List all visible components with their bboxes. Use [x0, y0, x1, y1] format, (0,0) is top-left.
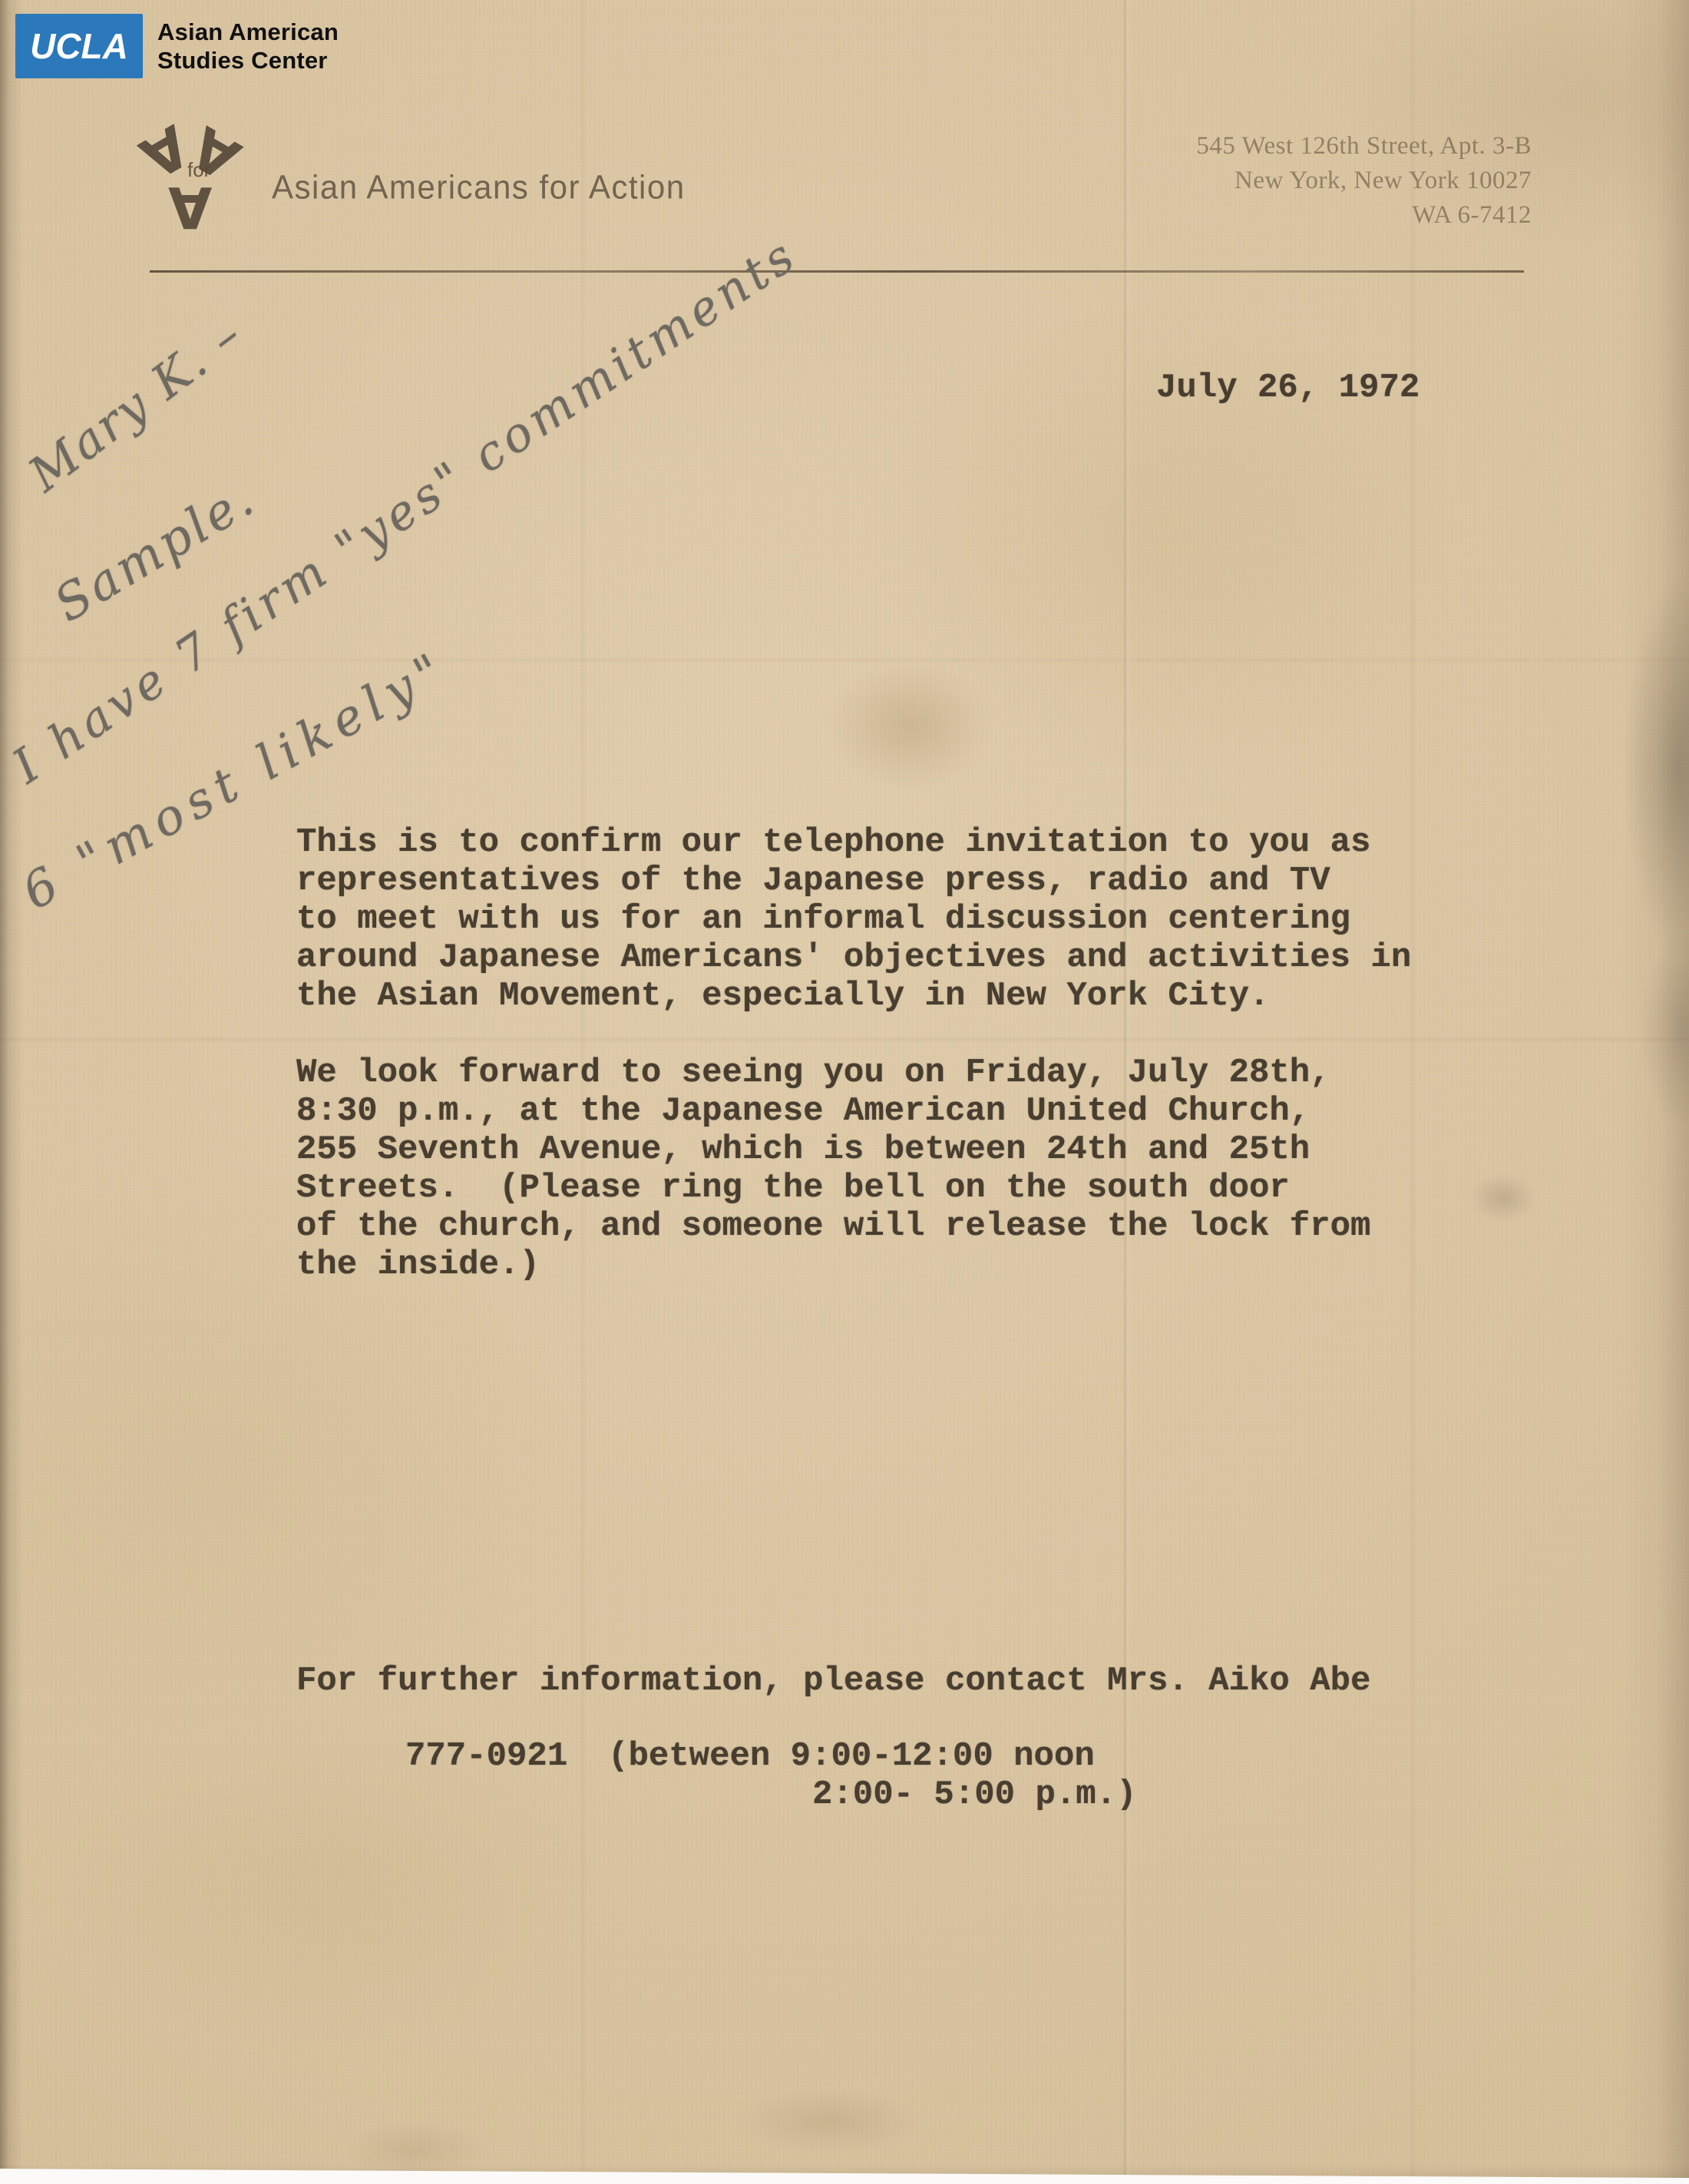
aaa-triangle-logo-icon: A A A for [144, 129, 259, 244]
ucla-caption-line1: Asian American [157, 18, 339, 46]
para1-line2: representatives of the Japanese press, r… [296, 862, 1411, 900]
para2-line2: 8:30 p.m., at the Japanese American Unit… [296, 1092, 1370, 1130]
phone-line1: 777-0921 (between 9:00-12:00 noon [405, 1737, 1095, 1775]
body-paragraph-1: This is to confirm our telephone invitat… [296, 823, 1411, 1015]
para1-line4: around Japanese Americans' objectives an… [296, 938, 1411, 977]
para2-line4: Streets. (Please ring the bell on the so… [296, 1169, 1370, 1207]
phone-line2: 2:00- 5:00 p.m.) [812, 1775, 1136, 1814]
contact-line: For further information, please contact … [296, 1662, 1370, 1700]
para1-line1: This is to confirm our telephone invitat… [296, 823, 1411, 862]
para2-line5: of the church, and someone will release … [296, 1207, 1370, 1246]
organization-name: Asian Americans for Action [272, 168, 686, 207]
body-paragraph-2: We look forward to seeing you on Friday,… [296, 1054, 1370, 1284]
ucla-caption: Asian American Studies Center [157, 18, 339, 74]
ucla-caption-line2: Studies Center [157, 46, 339, 74]
para1-line5: the Asian Movement, especially in New Yo… [296, 977, 1411, 1015]
address-phone: WA 6-7412 [1196, 198, 1532, 233]
ucla-logo: UCLA [15, 14, 143, 78]
letter-paper: UCLA Asian American Studies Center A A A… [0, 0, 1689, 2184]
para1-line3: to meet with us for an informal discussi… [296, 900, 1411, 938]
para2-line1: We look forward to seeing you on Friday,… [296, 1054, 1370, 1092]
para2-line6: the inside.) [296, 1246, 1370, 1284]
letterhead-rule [150, 270, 1524, 273]
aaa-logo-connector: for [187, 160, 210, 180]
aaa-logo-letter-bottom: A [168, 178, 212, 235]
address-street: 545 West 126th Street, Apt. 3-B [1196, 129, 1532, 164]
scanned-letter-page: UCLA Asian American Studies Center A A A… [0, 0, 1689, 2184]
ucla-wordmark: UCLA [30, 25, 128, 67]
para2-line3: 255 Seventh Avenue, which is between 24t… [296, 1130, 1370, 1169]
letter-date: July 26, 1972 [1156, 369, 1420, 407]
address-city: New York, New York 10027 [1196, 164, 1532, 198]
letterhead-address: 545 West 126th Street, Apt. 3-B New York… [1196, 129, 1532, 233]
